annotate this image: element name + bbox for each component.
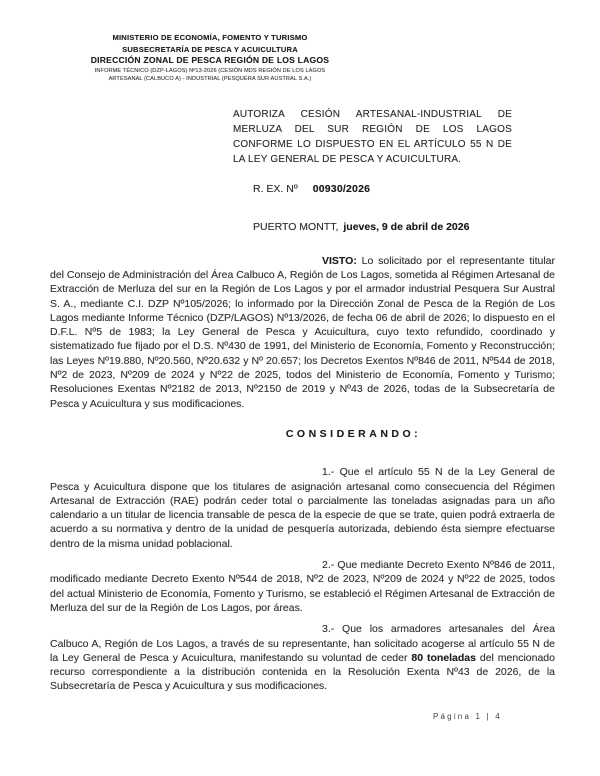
zonal-directorate-name: DIRECCIÓN ZONAL DE PESCA REGIÓN DE LOS L… bbox=[40, 55, 380, 67]
resolution-number-line: R. EX. Nº00930/2026 bbox=[253, 183, 600, 195]
resolution-subject-title: AUTORIZA CESIÓN ARTESANAL-INDUSTRIAL DE … bbox=[233, 107, 512, 167]
technical-report-reference: INFORME TÉCNICO (DZP-LAGOS) Nº13-2026 (C… bbox=[40, 67, 380, 76]
ministry-name: MINISTERIO DE ECONOMÍA, FOMENTO Y TURISM… bbox=[40, 32, 380, 44]
resolution-number-label: R. EX. Nº bbox=[253, 183, 298, 195]
letterhead: MINISTERIO DE ECONOMÍA, FOMENTO Y TURISM… bbox=[40, 32, 380, 84]
dateline-date: jueves, 9 de abril de 2026 bbox=[343, 221, 469, 233]
considerando-paragraph-2: 2.- Que mediante Decreto Exento Nº846 de… bbox=[50, 558, 555, 615]
dateline: PUERTO MONTT,jueves, 9 de abril de 2026 bbox=[253, 221, 600, 233]
resolution-number-value: 00930/2026 bbox=[313, 183, 370, 195]
ceded-tonnage-value: 80 toneladas bbox=[411, 652, 476, 664]
visto-paragraph: VISTO: Lo solicitado por el representant… bbox=[50, 254, 555, 411]
visto-label: VISTO: bbox=[322, 255, 357, 267]
considerando-paragraph-3: 3.- Que los armadores artesanales del Ár… bbox=[50, 622, 555, 693]
document-page: MINISTERIO DE ECONOMÍA, FOMENTO Y TURISM… bbox=[0, 0, 600, 776]
page-number-indicator: Página 1 | 4 bbox=[433, 712, 502, 721]
undersecretariat-name: SUBSECRETARÍA DE PESCA Y ACUICULTURA bbox=[40, 44, 380, 56]
technical-report-reference-2: ARTESANAL (CALBUCO A) - INDUSTRIAL (PESQ… bbox=[40, 75, 380, 84]
dateline-city: PUERTO MONTT, bbox=[253, 221, 338, 233]
considerando-heading: CONSIDERANDO: bbox=[152, 427, 555, 441]
visto-text: Lo solicitado por el representante titul… bbox=[50, 255, 555, 410]
document-body: VISTO: Lo solicitado por el representant… bbox=[50, 254, 555, 694]
considerando-paragraph-1: 1.- Que el artículo 55 N de la Ley Gener… bbox=[50, 465, 555, 551]
